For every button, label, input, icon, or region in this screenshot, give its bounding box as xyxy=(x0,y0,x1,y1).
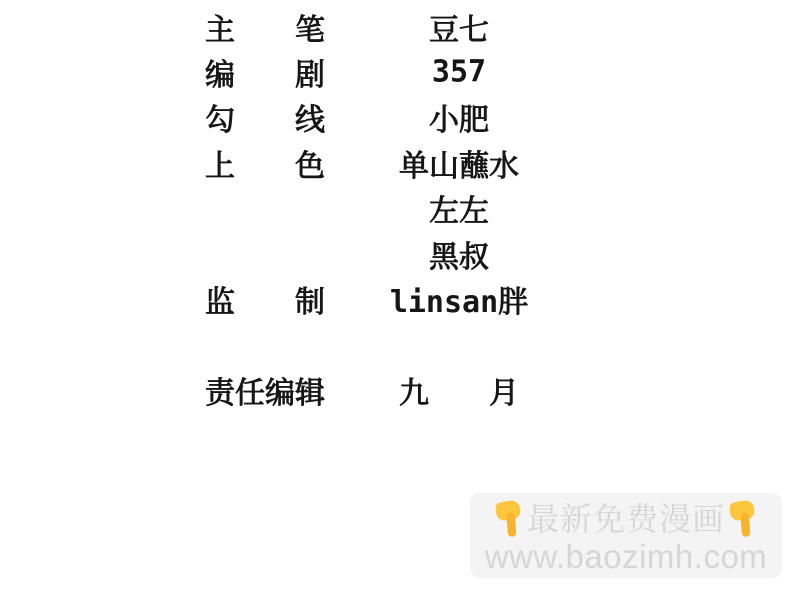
credit-value: 豆七 xyxy=(429,5,489,49)
credit-row: 左左 xyxy=(0,186,800,231)
pointing-down-emoji-icon xyxy=(494,499,524,539)
credit-row: 责任编辑 九 月 xyxy=(0,367,800,412)
watermark-title-line: 最新免费漫画 xyxy=(494,498,758,540)
credits-list: 主 笔 豆七 编 剧 357 勾 线 小肥 上 色 单山蘸水 左左 黑叔 监 制… xyxy=(0,4,800,413)
credit-role-label: 主 笔 xyxy=(205,5,325,49)
credit-row-spacer xyxy=(0,322,800,367)
credit-row: 上 色 单山蘸水 xyxy=(0,140,800,185)
credit-value: 单山蘸水 xyxy=(399,141,519,185)
watermark-badge: 最新免费漫画 www.baozimh.com xyxy=(470,493,782,578)
credit-value: 黑叔 xyxy=(429,232,489,276)
credit-role-label: 责任编辑 xyxy=(205,368,325,412)
credit-value: 小肥 xyxy=(429,95,489,139)
credit-role-label: 上 色 xyxy=(205,141,325,185)
credit-role-label: 编 剧 xyxy=(205,50,325,94)
credit-row: 编 剧 357 xyxy=(0,49,800,94)
credit-role-label: 监 制 xyxy=(205,277,325,321)
comic-credits-page: 主 笔 豆七 编 剧 357 勾 线 小肥 上 色 单山蘸水 左左 黑叔 监 制… xyxy=(0,0,800,605)
watermark-url: www.baozimh.com xyxy=(485,540,768,573)
credit-row: 主 笔 豆七 xyxy=(0,4,800,49)
credit-value: 357 xyxy=(432,55,486,90)
watermark-text: 最新免费漫画 xyxy=(527,503,725,535)
credit-row: 勾 线 小肥 xyxy=(0,95,800,140)
credit-role-label: 勾 线 xyxy=(205,95,325,139)
credit-row: 监 制 linsan胖 xyxy=(0,276,800,321)
credit-value: linsan胖 xyxy=(390,277,528,321)
credit-row: 黑叔 xyxy=(0,231,800,276)
pointing-down-emoji-icon xyxy=(728,499,758,539)
credit-value: 九 月 xyxy=(399,368,519,412)
credit-value: 左左 xyxy=(429,186,489,230)
